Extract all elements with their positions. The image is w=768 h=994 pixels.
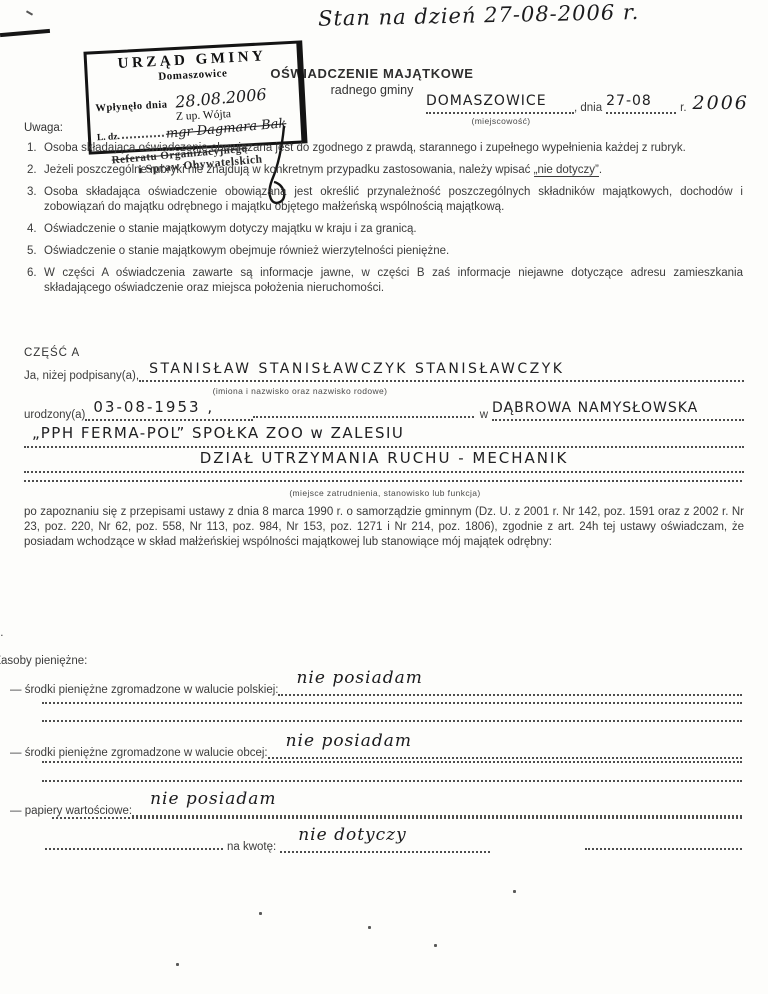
declarant-line: Ja, niżej podpisany(a), STANISŁAW STANIS… xyxy=(24,364,744,382)
note-number: 5. xyxy=(27,244,44,259)
scan-artifact-mark xyxy=(26,10,33,15)
amount-trailing-dots xyxy=(585,848,742,850)
amount-label: na kwotę: xyxy=(227,841,276,853)
employment-caption: (miejsce zatrudnienia, stanowisko lub fu… xyxy=(210,488,560,498)
employment-value-2: DZIAŁ UTRZYMANIA RUCHU - MECHANIK xyxy=(200,449,569,467)
birth-line: urodzony(a) 03-08-1953 , w DĄBROWA NAMYS… xyxy=(24,401,744,421)
amount-answer-field: nie dotyczy xyxy=(280,831,490,853)
scan-speck xyxy=(513,890,516,893)
money-row-foreign-currency: — środki pieniężne zgromadzone w walucie… xyxy=(10,737,742,759)
date-field: 27-08 xyxy=(606,96,676,114)
money-answer-field: nie posiadam xyxy=(132,795,742,817)
empty-dotted-line xyxy=(42,761,742,763)
place-caption: (miejscowość) xyxy=(426,116,576,126)
place-date-block: DOMASZOWICE , dnia 27-08 r. 2006 (miejsc… xyxy=(426,92,764,126)
section-one-number: I. xyxy=(0,627,3,639)
section-one-heading: Zasoby pieniężne: xyxy=(0,655,87,667)
note-text: Jeżeli poszczególne rubryki nie znajdują… xyxy=(44,163,743,178)
scan-speck xyxy=(176,963,179,966)
handwritten-status-date: Stan na dzień 27-08-2006 r. xyxy=(318,0,768,31)
place-field: DOMASZOWICE xyxy=(426,96,574,114)
note-number: 6. xyxy=(27,266,44,296)
born-label: urodzony(a) xyxy=(24,409,85,421)
employment-field-2: DZIAŁ UTRZYMANIA RUCHU - MECHANIK xyxy=(24,452,744,473)
money-row-securities: — papiery wartościowe: nie posiadam xyxy=(10,795,742,817)
note-number: 2. xyxy=(27,163,44,178)
declarant-field: STANISŁAW STANISŁAWCZYK STANISŁAWCZYK xyxy=(139,364,744,382)
amount-leader-dots xyxy=(45,848,223,850)
stamp-received-label: Wpłynęło dnia xyxy=(95,99,168,114)
scan-speck xyxy=(368,926,371,929)
amount-answer-value: nie dotyczy xyxy=(280,825,406,845)
declarant-label: Ja, niżej podpisany(a), xyxy=(24,370,139,382)
note-number: 1. xyxy=(27,141,44,156)
money-label: — środki pieniężne zgromadzone w walucie… xyxy=(10,684,278,696)
empty-dotted-line xyxy=(52,817,742,819)
born-leader-dots xyxy=(253,416,473,418)
note-text-underlined: „nie dotyczy” xyxy=(534,164,599,177)
declarant-name: STANISŁAW STANISŁAWCZYK STANISŁAWCZYK xyxy=(139,361,564,377)
money-label: — środki pieniężne zgromadzone w walucie… xyxy=(10,747,268,759)
money-answer-value: nie posiadam xyxy=(268,731,412,751)
money-row-amount: na kwotę: nie dotyczy xyxy=(45,831,742,853)
date-value: 27-08 xyxy=(606,93,652,109)
money-answer-field: nie posiadam xyxy=(268,737,742,759)
empty-dotted-line xyxy=(42,780,742,782)
declarant-caption: (imiona i nazwisko oraz nazwisko rodowe) xyxy=(130,386,470,396)
note-text: Osoba składająca oświadczenie obowiązana… xyxy=(44,141,743,156)
note-item-3: 3. Osoba składająca oświadczenie obowiąz… xyxy=(27,185,743,215)
note-item-4: 4. Oświadczenie o stanie majątkowym doty… xyxy=(27,222,743,237)
note-item-2: 2. Jeżeli poszczególne rubryki nie znajd… xyxy=(27,163,743,178)
scan-artifact-dash xyxy=(0,29,50,37)
born-place-value: DĄBROWA NAMYSŁOWSKA xyxy=(492,400,698,416)
note-item-5: 5. Oświadczenie o stanie majątkowym obej… xyxy=(27,244,743,259)
money-answer-value: nie posiadam xyxy=(132,789,276,809)
note-item-1: 1. Osoba składająca oświadczenie obowiąz… xyxy=(27,141,743,156)
born-date-field: 03-08-1953 , xyxy=(85,401,253,421)
note-number: 4. xyxy=(27,222,44,237)
legal-paragraph: po zapoznaniu się z przepisami ustawy z … xyxy=(24,505,744,550)
part-a-heading: CZĘŚĆ A xyxy=(24,347,80,359)
employment-line-2: DZIAŁ UTRZYMANIA RUCHU - MECHANIK xyxy=(24,452,744,473)
note-text: Osoba składająca oświadczenie obowiązana… xyxy=(44,185,743,215)
employment-value-1: „PPH FERMA-POL” SPOŁKA ZOO w ZALESIU xyxy=(24,424,404,442)
note-text-before: Jeżeli poszczególne rubryki nie znajdują… xyxy=(44,164,534,176)
employment-empty-line xyxy=(24,480,742,482)
empty-dotted-line xyxy=(42,720,742,722)
born-in-label: w xyxy=(480,409,488,421)
stamp-ldz-dots xyxy=(122,135,164,139)
scanned-asset-declaration-page: Stan na dzień 27-08-2006 r. OŚWIADCZENIE… xyxy=(0,0,768,994)
note-item-6: 6. W części A oświadczenia zawarte są in… xyxy=(27,266,743,296)
born-date-value: 03-08-1953 , xyxy=(85,398,214,416)
empty-dotted-line xyxy=(42,702,742,704)
r-label: r. xyxy=(680,102,686,114)
employment-field-1: „PPH FERMA-POL” SPOŁKA ZOO w ZALESIU xyxy=(24,427,744,448)
note-text: W części A oświadczenia zawarte są infor… xyxy=(44,266,743,296)
money-answer-value: nie posiadam xyxy=(278,668,422,688)
born-place-field: DĄBROWA NAMYSŁOWSKA xyxy=(492,403,744,421)
employment-line-1: „PPH FERMA-POL” SPOŁKA ZOO w ZALESIU xyxy=(24,427,744,448)
money-row-polish-currency: — środki pieniężne zgromadzone w walucie… xyxy=(10,674,742,696)
money-answer-field: nie posiadam xyxy=(278,674,742,696)
scan-speck xyxy=(434,944,437,947)
scan-speck xyxy=(259,912,262,915)
note-text: Oświadczenie o stanie majątkowym obejmuj… xyxy=(44,244,743,259)
year-value: 2006 xyxy=(693,92,749,114)
money-label: — papiery wartościowe: xyxy=(10,805,132,817)
notes-list: 1. Osoba składająca oświadczenie obowiąz… xyxy=(27,141,743,303)
note-text: Oświadczenie o stanie majątkowym dotyczy… xyxy=(44,222,743,237)
note-text-after: . xyxy=(599,164,602,176)
note-number: 3. xyxy=(27,185,44,215)
uwaga-label: Uwaga: xyxy=(24,122,63,134)
place-value: DOMASZOWICE xyxy=(426,93,547,109)
dnia-label: , dnia xyxy=(574,102,602,114)
